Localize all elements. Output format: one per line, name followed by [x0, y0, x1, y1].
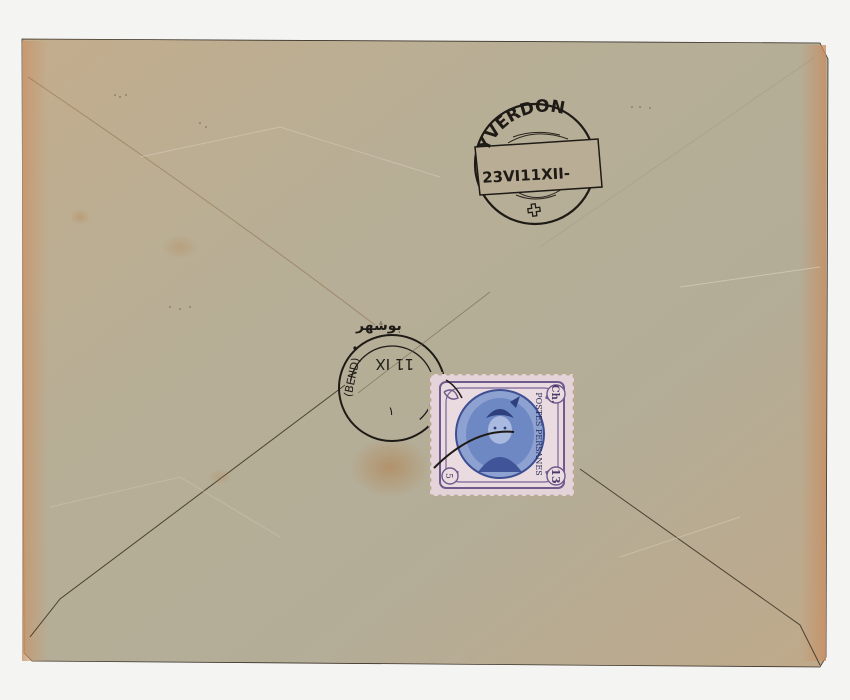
stamp-currency-text: Ch. [549, 385, 560, 404]
stamp-value-text: 13 [549, 468, 562, 483]
persian-postmark-lower-text: ١ [388, 404, 394, 418]
persian-postmark-date-text: 11 IX [375, 355, 414, 373]
persian-stamp: /* perfs drawn by JS below */ [428, 372, 576, 498]
stamp-country-text: POSTES PERSANES [534, 392, 543, 475]
persian-postmark: ﺑﻮﺷﻬﺮ (BEND) 11 IX ١ [20, 37, 830, 669]
persian-postmark-top-text: ﺑﻮﺷﻬﺮ [355, 318, 402, 334]
stamp-artwork: /* perfs drawn by JS below */ [428, 372, 576, 498]
envelope: YVERDON 23VI11XII- ﺑﻮﺷﻬﺮ (BEND) 11 IX ١ [20, 37, 830, 669]
stamp-corner-value-text: 5 [443, 473, 453, 479]
